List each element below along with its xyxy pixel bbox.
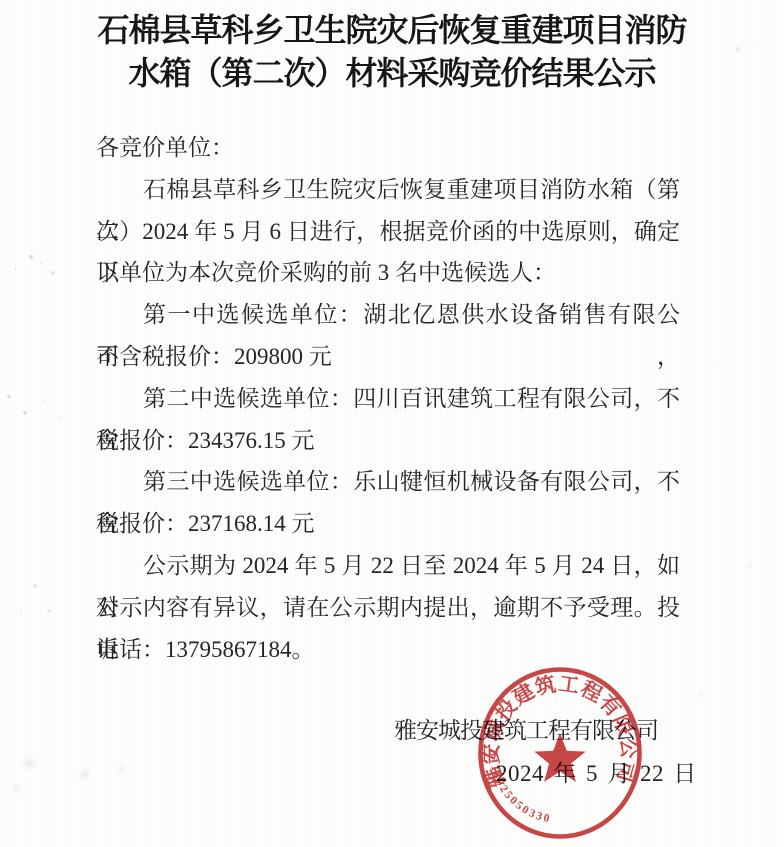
signature-company: 雅安城投建筑工程有限公司	[394, 712, 658, 745]
body-line-candidate-1: 第一中选候选单位：湖北亿恩供水设备销售有限公司，	[96, 294, 680, 336]
document-title: 石棉县草科乡卫生院灾后恢复重建项目消防 水箱（第二次）材料采购竞价结果公示	[0, 9, 784, 95]
title-line-1: 石棉县草科乡卫生院灾后恢复重建项目消防	[0, 9, 784, 52]
scan-noise	[0, 0, 2, 2]
signature-date: 2024 年 5 月 22 日	[496, 755, 697, 788]
body-line-candidate-2: 第二中选候选单位：四川百讯建筑工程有限公司，不含	[96, 378, 680, 420]
body-line: 下单位为本次竞价采购的前 3 名中选候选人：	[96, 252, 680, 294]
company-seal: 雅安城投建筑工程有限公司 5118025050330	[473, 663, 647, 843]
body-line-publicity: 公示期为 2024 年 5 月 22 日至 2024 年 5 月 24 日，如对	[96, 545, 680, 587]
seal-ring	[481, 670, 640, 837]
body-line-phone: 电话：13795867184。	[96, 629, 680, 671]
document-body: 各竞价单位： 石棉县草科乡卫生院灾后恢复重建项目消防水箱（第二 次）2024 年…	[96, 127, 680, 670]
document-page: 石棉县草科乡卫生院灾后恢复重建项目消防 水箱（第二次）材料采购竞价结果公示 各竞…	[0, 0, 784, 847]
body-line-publicity-2: 公示内容有异议，请在公示期内提出，逾期不予受理。投诉	[96, 587, 680, 629]
body-line-price-2: 税报价：234376.15 元	[96, 420, 680, 462]
body-line-price-3: 税报价：237168.14 元	[96, 503, 680, 545]
title-line-2: 水箱（第二次）材料采购竞价结果公示	[0, 52, 784, 95]
body-line: 次）2024 年 5 月 6 日进行，根据竞价函的中选原则，确定以	[96, 211, 680, 253]
scan-noise	[0, 0, 2, 2]
body-line-candidate-3: 第三中选候选单位：乐山犍恒机械设备有限公司，不含	[96, 461, 680, 503]
body-line: 石棉县草科乡卫生院灾后恢复重建项目消防水箱（第二	[96, 169, 680, 211]
body-line-salutation: 各竞价单位：	[96, 127, 680, 169]
